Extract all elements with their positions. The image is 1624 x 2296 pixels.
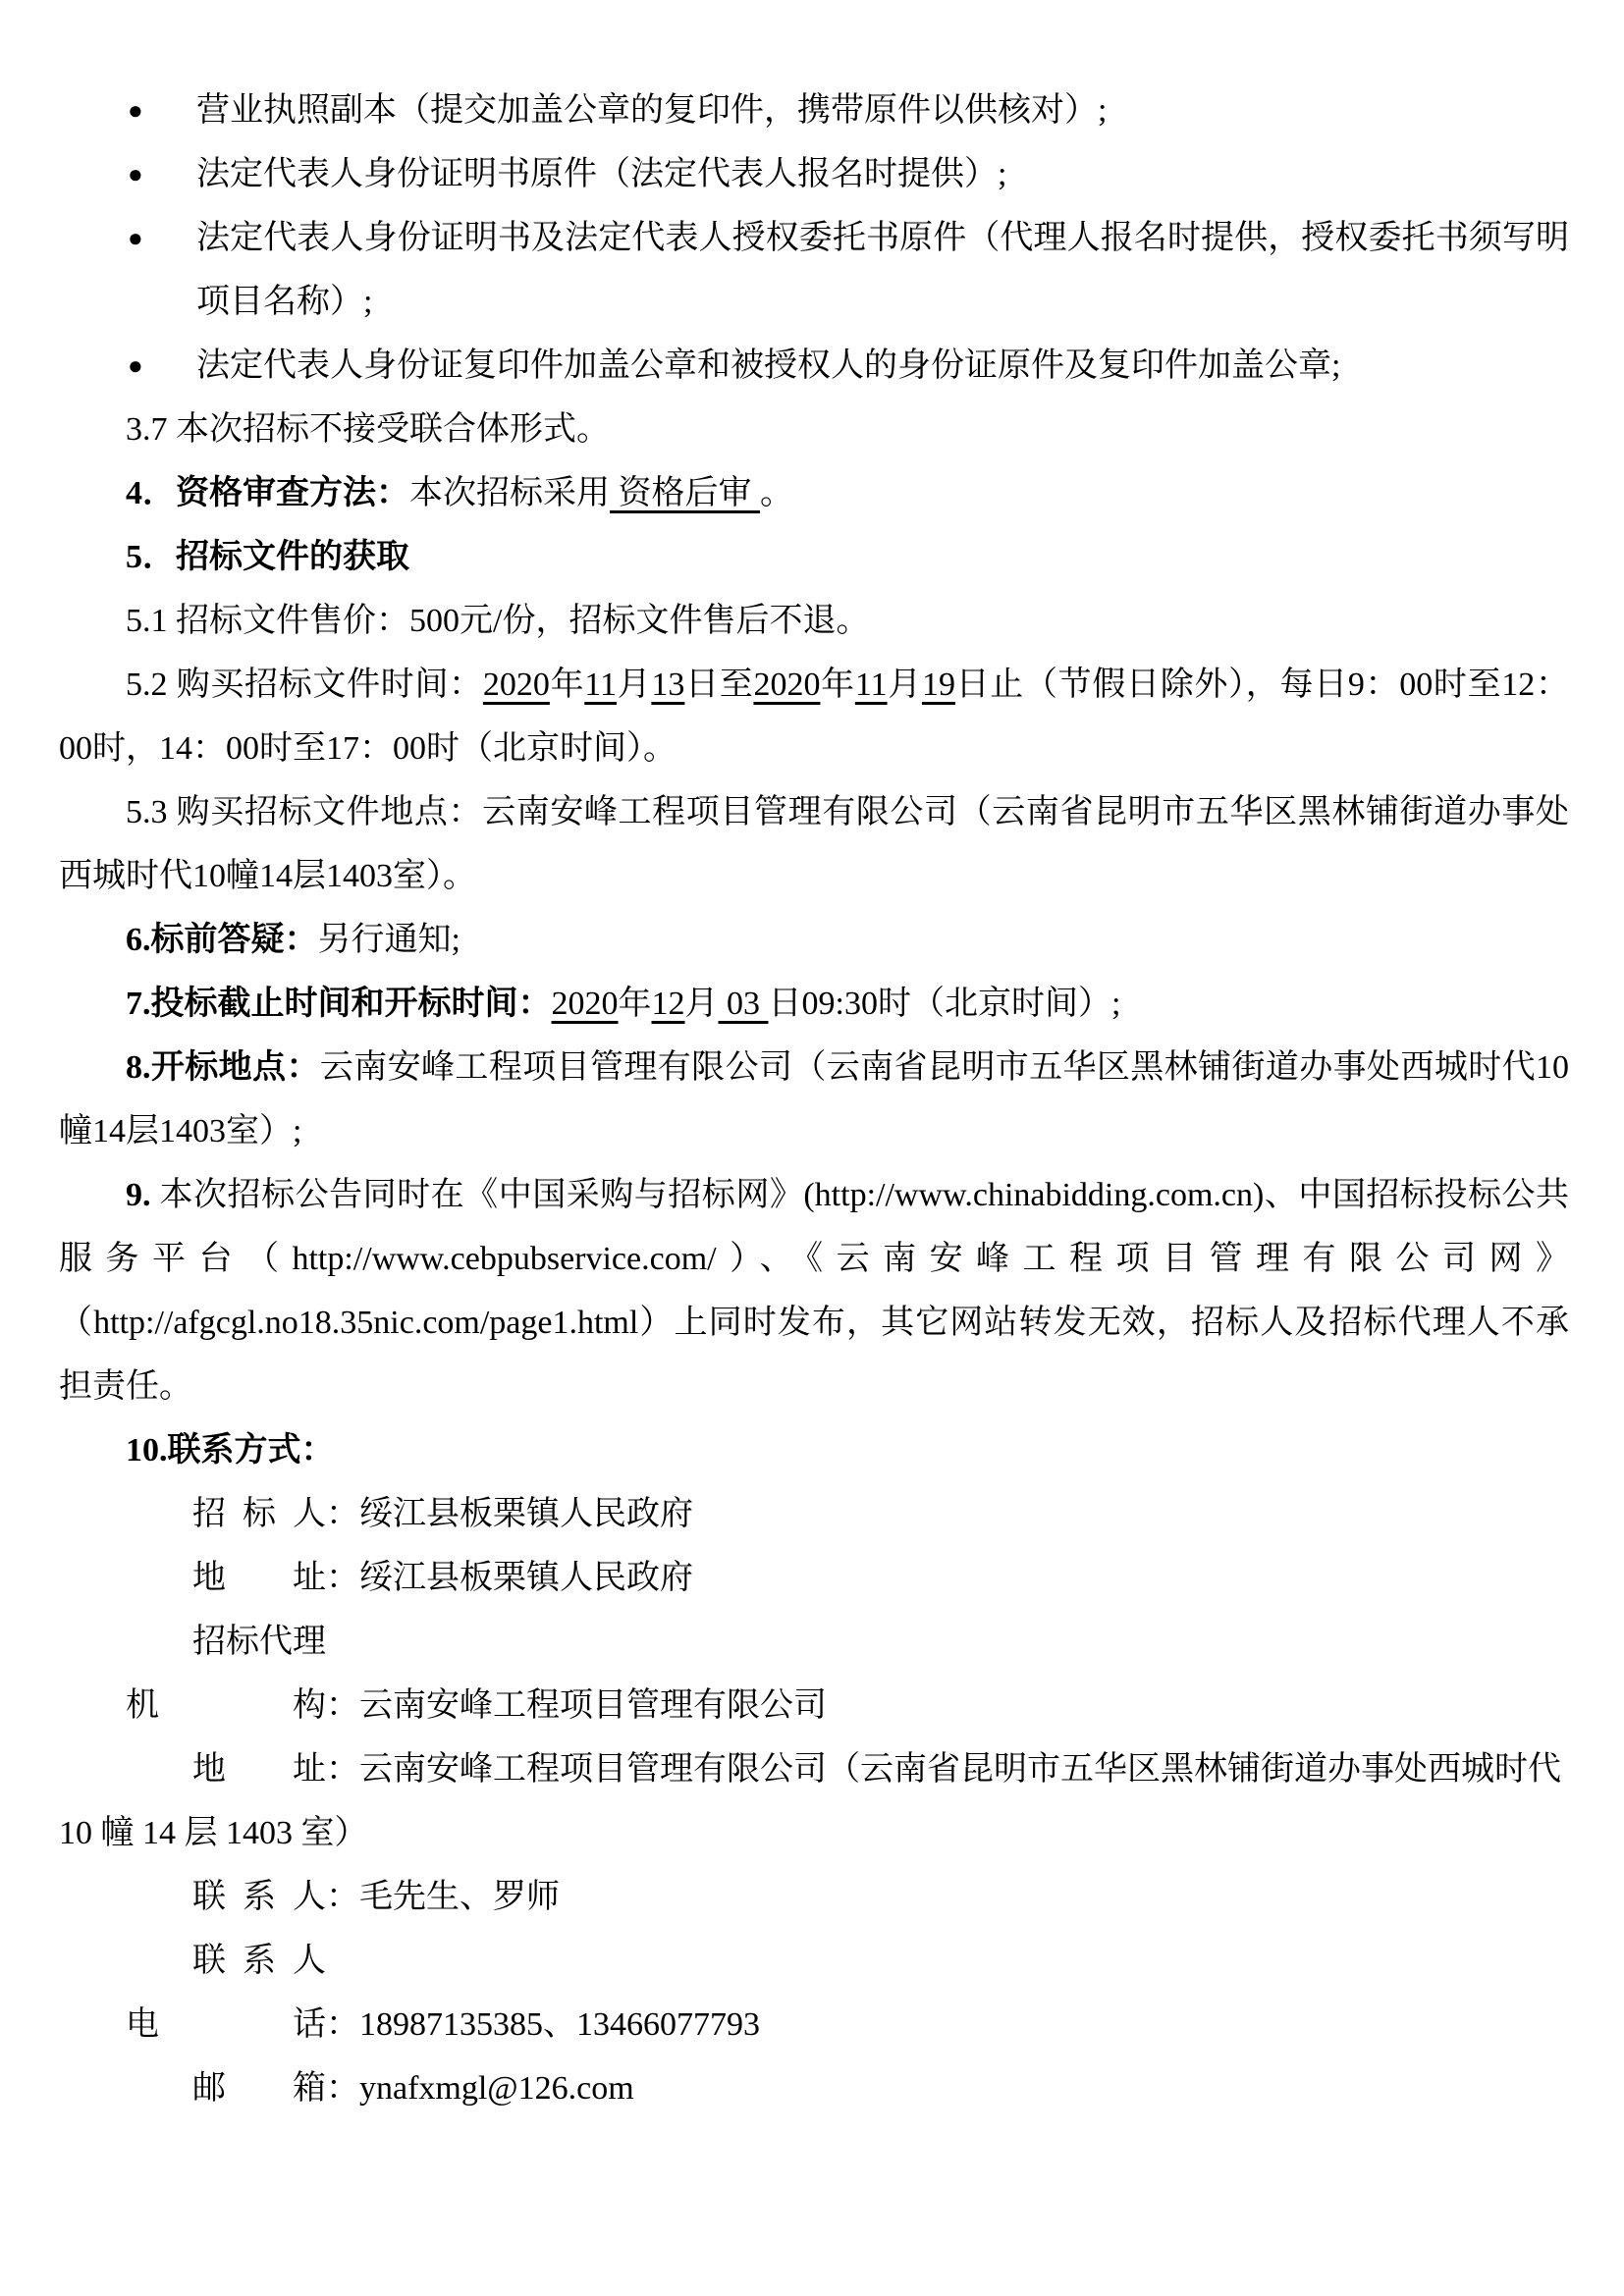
- contact-value: 绥江县板栗镇人民政府: [359, 1560, 693, 1596]
- text-run: 。: [760, 475, 793, 511]
- text-run: 5.3 购买招标文件地点：云南安峰工程项目管理有限公司（云南省昆明市五华区黑林铺…: [59, 794, 1569, 894]
- clause-6-pre-bid-qa: 6.标前答疑：另行通知;: [59, 908, 1569, 972]
- contact-tenderee-address: 地 址：绥江县板栗镇人民政府: [59, 1546, 1569, 1610]
- text-run: 19: [922, 667, 955, 703]
- bullet-authorization-letter: ●法定代表人身份证明书及法定代表人授权委托书原件（代理人报名时提供，授权委托书须…: [59, 206, 1569, 334]
- contact-value: 云南安峰工程项目管理有限公司: [359, 1687, 827, 1724]
- contact-colon: ：: [326, 2006, 359, 2043]
- text-run: 8.开标地点：: [126, 1049, 320, 1086]
- clause-5-heading: 5．招标文件的获取: [59, 525, 1569, 589]
- text-run: 9.: [126, 1177, 151, 1213]
- text-run: 日09:30时（北京时间）;: [769, 986, 1121, 1022]
- text-run: 6.标前答疑：: [126, 922, 318, 958]
- bullet-business-license: ●营业执照副本（提交加盖公章的复印件，携带原件以供核对）;: [59, 79, 1569, 142]
- text-run: 本次招标公告同时在《中国采购与招标网》(http://www.chinabidd…: [59, 1177, 1569, 1405]
- contact-colon: ：: [326, 1879, 359, 1915]
- clause-3-7: 3.7 本次招标不接受联合体形式。: [59, 398, 1569, 461]
- contact-tenderee: 招 标 人：绥江县板栗镇人民政府: [59, 1482, 1569, 1546]
- text-run: 2020: [483, 667, 550, 703]
- bullet-icon: ●: [128, 206, 143, 270]
- contact-agency: 招标代理机构：云南安峰工程项目管理有限公司: [59, 1610, 1569, 1737]
- text-run: 资格后审: [610, 475, 760, 511]
- text-run: 法定代表人身份证明书原件（法定代表人报名时提供）;: [196, 156, 1006, 192]
- bullet-icon: ●: [128, 142, 143, 206]
- text-run: 年: [619, 986, 652, 1022]
- contact-email: 邮 箱：ynafxmgl@126.com: [59, 2056, 1569, 2120]
- contact-value: 毛先生、罗师: [359, 1879, 560, 1915]
- contact-colon: ：: [326, 1560, 359, 1596]
- clause-5-2-purchase-time: 5.2 购买招标文件时间：2020年11月13日至2020年11月19日止（节假…: [59, 653, 1569, 780]
- contact-colon: ：: [326, 1751, 359, 1788]
- contact-label: 地 址: [126, 1546, 326, 1610]
- contact-agency-address: 地 址：云南安峰工程项目管理有限公司（云南省昆明市五华区黑林铺街道办事处西城时代…: [59, 1737, 1569, 1865]
- text-run: 12: [652, 986, 685, 1022]
- text-run: 3.7 本次招标不接受联合体形式。: [126, 411, 610, 448]
- contact-value: 绥江县板栗镇人民政府: [359, 1496, 693, 1532]
- text-run: 13: [651, 667, 684, 703]
- text-run: 10.联系方式：: [126, 1432, 335, 1468]
- contact-label: 联 系 人: [126, 1865, 326, 1929]
- bullet-legal-rep-certificate: ●法定代表人身份证明书原件（法定代表人报名时提供）;: [59, 142, 1569, 206]
- text-run: 5.2 购买招标文件时间：: [126, 667, 483, 703]
- text-run: 法定代表人身份证复印件加盖公章和被授权人的身份证原件及复印件加盖公章;: [196, 347, 1340, 384]
- clause-7-deadline-opening-time: 7.投标截止时间和开标时间：2020年12月 03 日09:30时（北京时间）;: [59, 972, 1569, 1036]
- text-run: 月: [685, 986, 719, 1022]
- text-run: 2020: [552, 986, 619, 1022]
- text-run: 另行通知;: [318, 922, 460, 958]
- contact-phone: 联系人 电 话：18987135385、13466077793: [59, 1929, 1569, 2056]
- bullet-icon: ●: [128, 334, 143, 398]
- contact-colon: ：: [326, 2070, 359, 2107]
- text-run: 4．资格审查方法：: [126, 475, 409, 511]
- text-run: 11: [855, 667, 888, 703]
- clause-5-3-purchase-place: 5.3 购买招标文件地点：云南安峰工程项目管理有限公司（云南省昆明市五华区黑林铺…: [59, 780, 1569, 908]
- text-run: 7.投标截止时间和开标时间：: [126, 986, 552, 1022]
- text-run: 5.1 招标文件售价：500元/份，招标文件售后不退。: [126, 603, 869, 639]
- bullet-id-copies: ●法定代表人身份证复印件加盖公章和被授权人的身份证原件及复印件加盖公章;: [59, 334, 1569, 398]
- bullet-icon: ●: [128, 79, 143, 142]
- contact-label: 招 标 人: [126, 1482, 326, 1546]
- contact-value: ynafxmgl@126.com: [359, 2070, 634, 2107]
- text-run: 月: [888, 667, 922, 703]
- clause-8-opening-place: 8.开标地点：云南安峰工程项目管理有限公司（云南省昆明市五华区黑林铺街道办事处西…: [59, 1036, 1569, 1163]
- text-run: 营业执照副本（提交加盖公章的复印件，携带原件以供核对）;: [196, 92, 1107, 129]
- clause-5-1-price: 5.1 招标文件售价：500元/份，招标文件售后不退。: [59, 589, 1569, 653]
- clause-10-contact-heading: 10.联系方式：: [59, 1418, 1569, 1482]
- text-run: 2020: [753, 667, 820, 703]
- contact-label: 邮 箱: [126, 2056, 326, 2120]
- text-run: 03: [719, 986, 769, 1022]
- contact-label: 联系人 电 话: [126, 1929, 326, 2056]
- document-page: ●营业执照副本（提交加盖公章的复印件，携带原件以供核对）;●法定代表人身份证明书…: [0, 0, 1624, 2296]
- text-run: 法定代表人身份证明书及法定代表人授权委托书原件（代理人报名时提供，授权委托书须写…: [196, 220, 1569, 320]
- contact-label: 地 址: [126, 1737, 326, 1801]
- text-run: 本次招标采用: [409, 475, 610, 511]
- contact-label: 招标代理机构: [126, 1610, 326, 1737]
- clause-9-announcement-media: 9. 本次招标公告同时在《中国采购与招标网》(http://www.chinab…: [59, 1163, 1569, 1418]
- contact-colon: ：: [326, 1496, 359, 1532]
- text-run: 日至: [684, 667, 753, 703]
- text-run: 11: [584, 667, 617, 703]
- text-run: 5．招标文件的获取: [126, 539, 409, 575]
- contact-person: 联 系 人：毛先生、罗师: [59, 1865, 1569, 1929]
- contact-value: 18987135385、13466077793: [359, 2006, 760, 2043]
- text-run: 年: [820, 667, 854, 703]
- contact-colon: ：: [326, 1687, 359, 1724]
- text-run: 月: [617, 667, 651, 703]
- clause-4-qualification-review: 4．资格审查方法：本次招标采用 资格后审 。: [59, 461, 1569, 525]
- text-run: 年: [550, 667, 584, 703]
